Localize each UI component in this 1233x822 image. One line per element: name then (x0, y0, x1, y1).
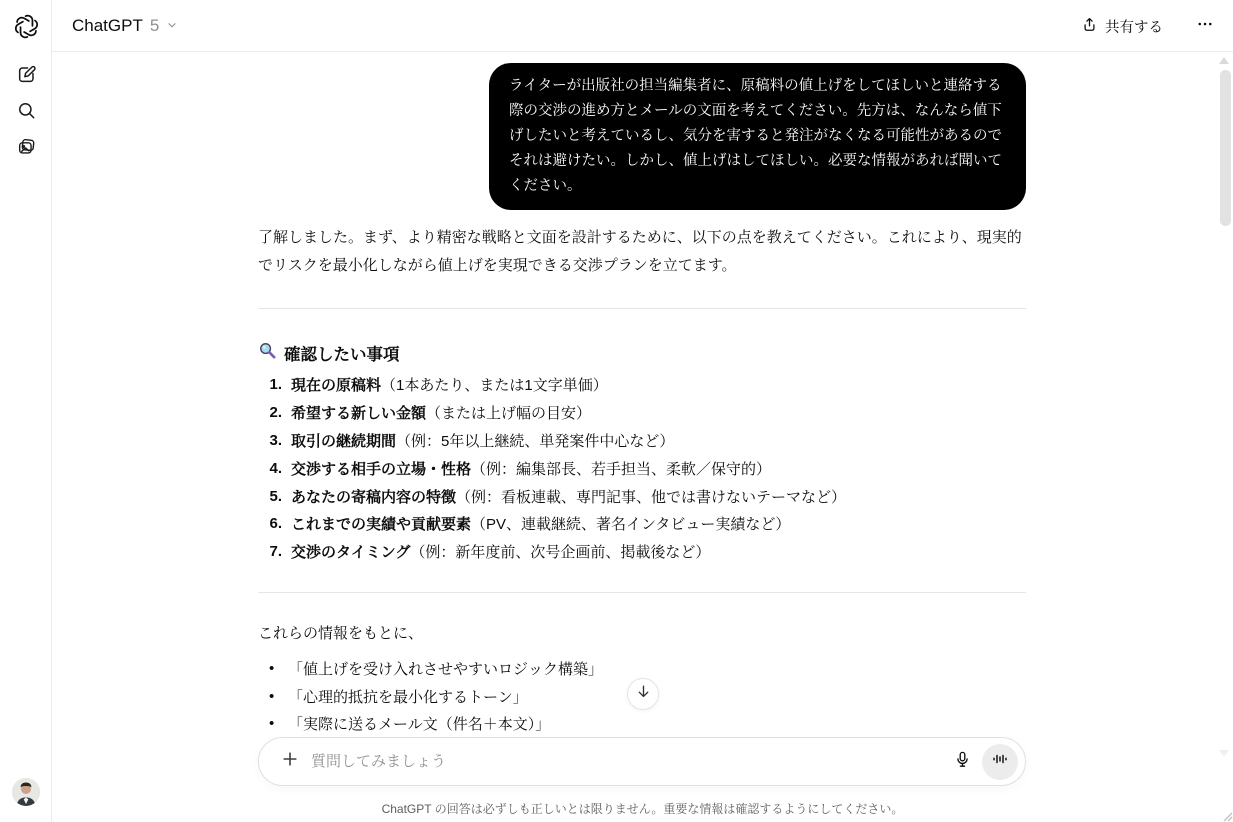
arrow-down-icon (635, 683, 652, 705)
checklist-item: 5.あなたの寄稿内容の特徴（例：看板連載、専門記事、他では書けないテーマなど） (258, 482, 1026, 510)
divider (258, 592, 1026, 593)
scrollbar-thumb[interactable] (1220, 70, 1231, 226)
scrollbar-down-arrow[interactable] (1219, 750, 1229, 757)
checklist-item: 4.交渉する相手の立場・性格（例：編集部長、若手担当、柔軟／保守的） (258, 454, 1026, 482)
plus-icon (280, 749, 300, 774)
composer[interactable] (258, 737, 1026, 786)
new-chat-icon (16, 64, 37, 90)
list-item: •「実際に送るメール文（件名＋本文）」 (258, 710, 1026, 738)
disclaimer-text: ChatGPT の回答は必ずしも正しいとは限りません。重要な情報は確認するように… (52, 800, 1233, 817)
attach-button[interactable] (275, 747, 305, 777)
user-message-bubble: ライターが出版社の担当編集者に、原稿料の値上げをしてほしいと連絡する際の交渉の進… (489, 63, 1026, 210)
checklist-item: 3.取引の継続期間（例：5年以上継続、単発案件中心など） (258, 427, 1026, 455)
scroll-to-bottom-button[interactable] (627, 678, 659, 710)
dictate-button[interactable] (946, 746, 978, 778)
new-chat-button[interactable] (8, 59, 44, 95)
chatgpt-window: ChatGPT 5 共有する ライターが出版社 (0, 0, 1233, 822)
header-actions: 共有する (1073, 0, 1219, 52)
waveform-icon (991, 750, 1009, 773)
checklist-heading-text: 確認したい事項 (284, 341, 400, 365)
voice-mode-button[interactable] (982, 744, 1018, 780)
resize-grip-icon (1219, 808, 1233, 822)
assistant-intro: 了解しました。まず、より精密な戦略と文面を設計するために、以下の点を教えてくださ… (258, 224, 1026, 280)
openai-logo[interactable] (11, 11, 41, 41)
share-label: 共有する (1105, 16, 1163, 37)
ellipsis-icon (1196, 15, 1214, 38)
microphone-icon (953, 750, 972, 774)
message-input[interactable] (311, 753, 946, 770)
app-title: ChatGPT (72, 16, 143, 36)
checklist-item: 7.交渉のタイミング（例：新年度前、次号企画前、掲載後など） (258, 538, 1026, 566)
chevron-down-icon (166, 16, 178, 36)
model-switcher[interactable]: ChatGPT 5 (72, 11, 178, 41)
search-chats-button[interactable] (8, 95, 44, 131)
more-options-button[interactable] (1191, 12, 1219, 40)
model-version: 5 (150, 16, 159, 36)
checklist: 1.現在の原稿料（1本あたり、または1文字単価） 2.希望する新しい金額（または… (258, 371, 1026, 566)
scrollbar-up-arrow[interactable] (1219, 57, 1229, 64)
library-button[interactable] (8, 131, 44, 167)
share-button[interactable]: 共有する (1073, 10, 1171, 43)
checklist-heading: 確認したい事項 (258, 341, 400, 365)
checklist-item: 1.現在の原稿料（1本あたり、または1文字単価） (258, 371, 1026, 399)
user-avatar[interactable] (12, 778, 40, 806)
search-icon (16, 100, 37, 126)
closing-lead: これらの情報をもとに、 (258, 620, 423, 648)
sidebar (0, 0, 52, 822)
share-icon (1081, 16, 1098, 37)
magnifier-emoji (258, 341, 277, 365)
divider (258, 308, 1026, 309)
library-icon (16, 136, 37, 162)
checklist-item: 2.希望する新しい金額（または上げ幅の目安） (258, 399, 1026, 427)
checklist-item: 6.これまでの実績や貢献要素（PV、連載継続、著名インタビュー実績など） (258, 510, 1026, 538)
